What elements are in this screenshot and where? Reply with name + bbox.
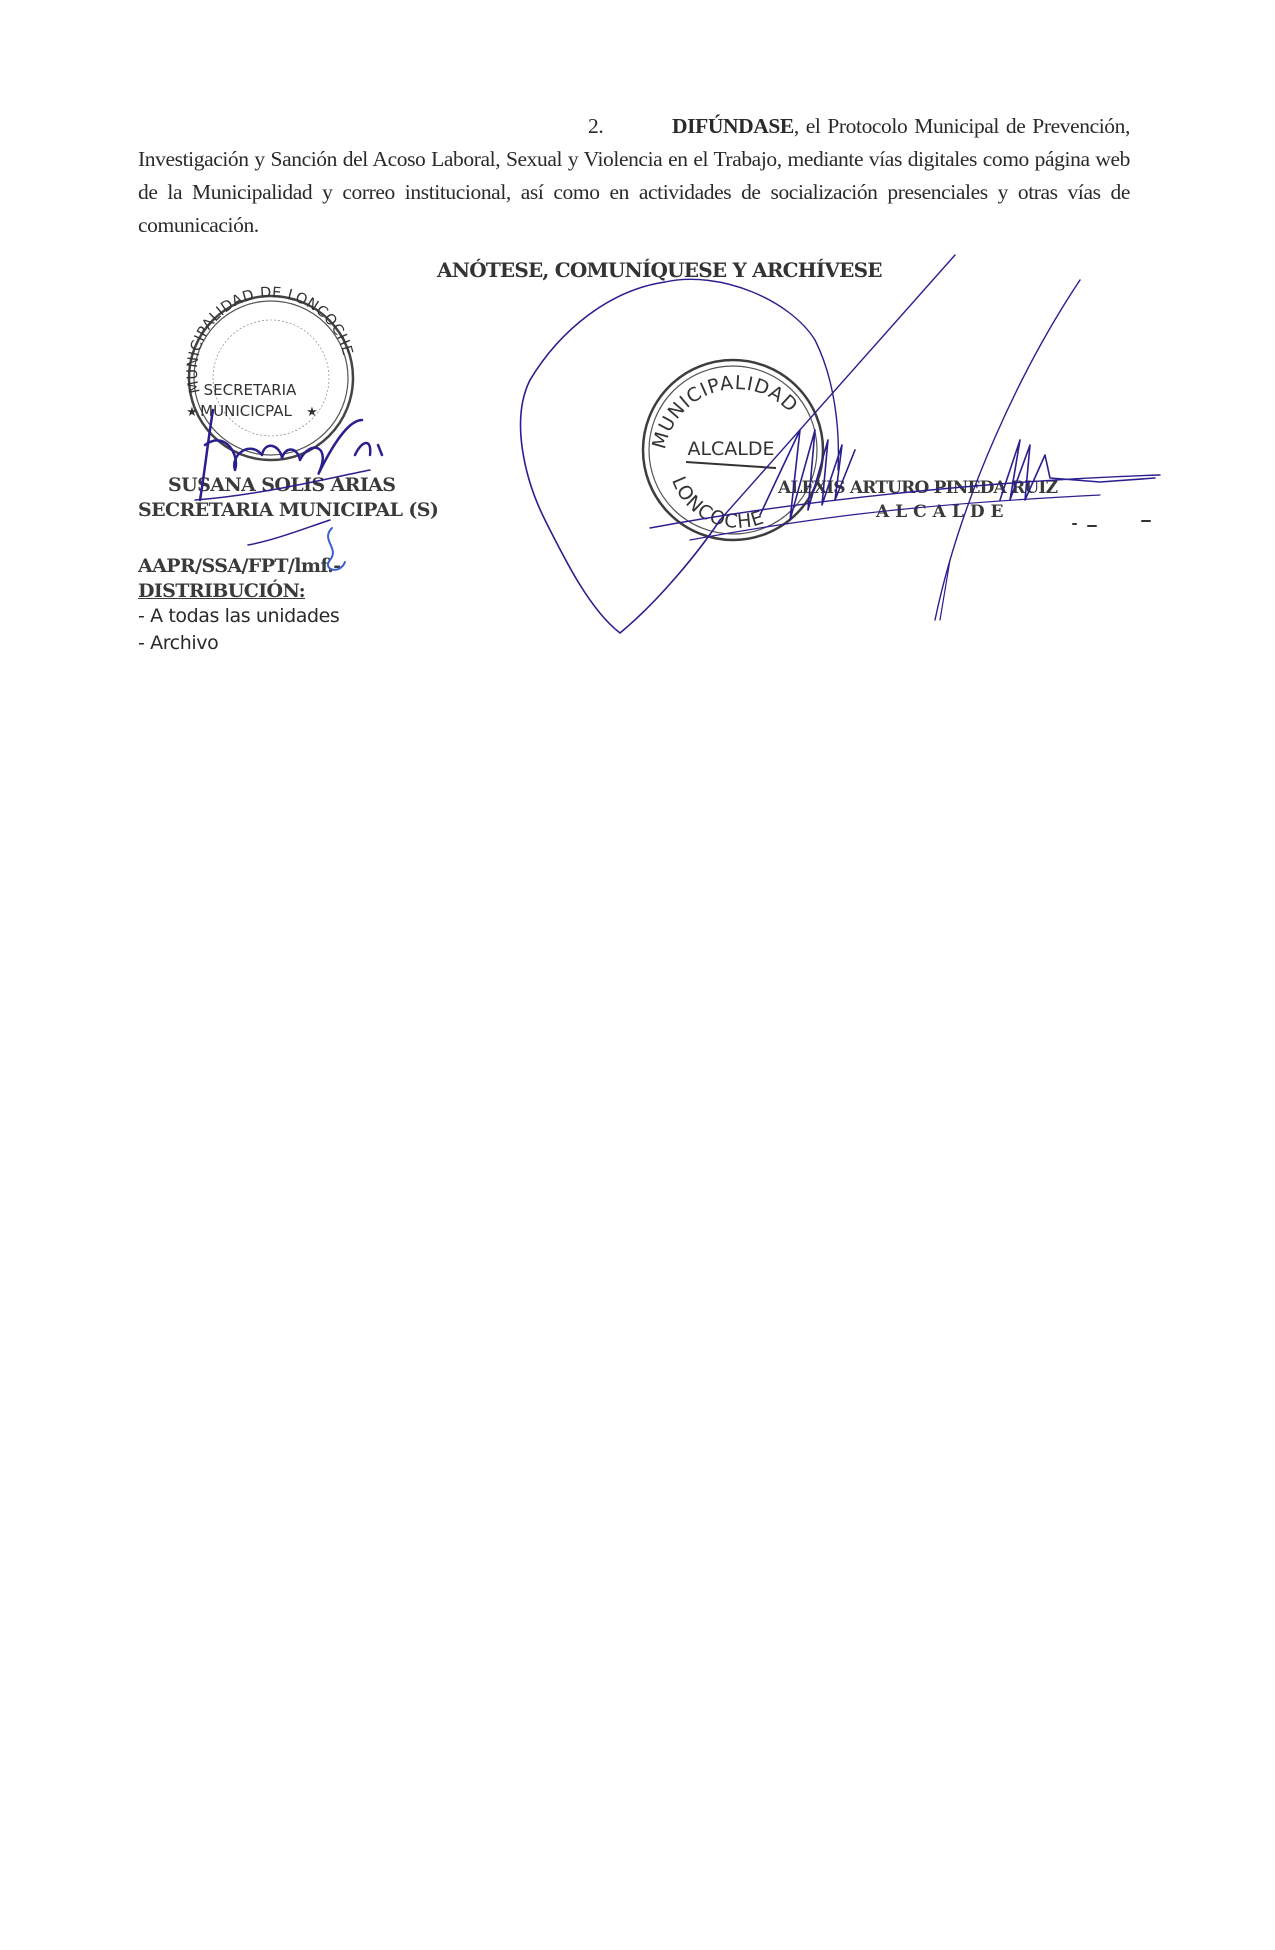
star-icon: ★ [186, 405, 198, 420]
mayor-stamp-top-text: MUNICIPALIDAD [648, 372, 802, 451]
lead-word: DIFÚNDASE [672, 114, 794, 138]
svg-text:MUNICIPALIDAD DE LONCOCHE: MUNICIPALIDAD DE LONCOCHE [185, 285, 355, 395]
secretary-stamp: MUNICIPALIDAD DE LONCOCHE SECRETARIA MUN… [0, 0, 1275, 1950]
closing-formula: ANÓTESE, COMUNÍQUESE Y ARCHÍVESE [437, 258, 882, 282]
secretary-stamp-line1: SECRETARIA [204, 381, 297, 399]
handwritten-signatures [0, 0, 1275, 1950]
distribution-item: - Archivo [138, 632, 218, 654]
mayor-title: ALCALDE [876, 502, 1010, 522]
reference-initials: AAPR/SSA/FPT/lmf.- [138, 555, 341, 577]
mayor-stamp: MUNICIPALIDAD ALCALDE LONCOCHE [0, 0, 1275, 1950]
distribution-title: DISTRIBUCIÓN: [138, 580, 305, 602]
secretary-title: SECRETARIA MUNICIPAL (S) [138, 499, 438, 521]
svg-text:MUNICIPALIDAD: MUNICIPALIDAD [648, 372, 802, 451]
distribution-item: - A todas las unidades [138, 605, 339, 627]
mayor-name: ALEXIS ARTURO PINEDA RUIZ [778, 478, 1057, 498]
body-paragraph: 2.DIFÚNDASE, el Protocolo Municipal de P… [138, 110, 1130, 242]
secretary-name: SUSANA SOLIS ARIAS [168, 474, 395, 496]
star-icon: ★ [306, 405, 318, 420]
item-number: 2. [588, 110, 672, 143]
mayor-stamp-center: ALCALDE [687, 438, 774, 460]
secretary-stamp-line2: MUNICICPAL [200, 402, 292, 420]
secretary-stamp-ring-text: MUNICIPALIDAD DE LONCOCHE [185, 285, 355, 395]
svg-text:LONCOCHE: LONCOCHE [667, 473, 767, 533]
mayor-stamp-bottom-text: LONCOCHE [667, 473, 767, 533]
